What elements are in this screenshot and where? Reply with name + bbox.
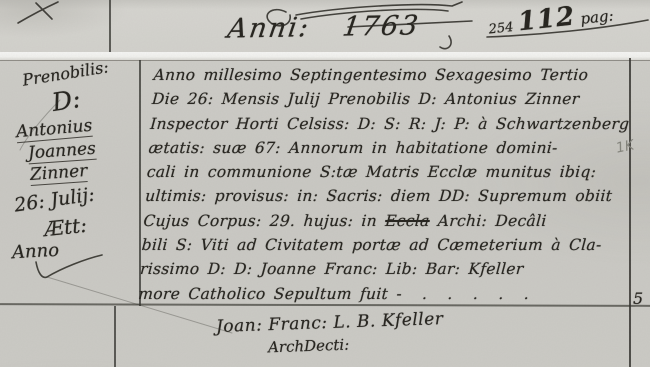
margin-anno: Anno xyxy=(11,240,59,263)
record-line-10: more Catholico Sepultum fuit - . . . . . xyxy=(138,282,626,306)
record-line-1: Anno millesimo Septingentesimo Sexagesim… xyxy=(153,63,641,87)
record-line-10-filler-dots: - . . . . . xyxy=(396,285,530,303)
manuscript-scan: Anni: 1763 254 112 pag: Prenobilis: D: A… xyxy=(0,0,650,367)
edge-numeral-mark: 5 xyxy=(633,289,643,308)
page-ref-label: pag: xyxy=(580,6,615,27)
column-rule-top-strip xyxy=(109,0,111,52)
burial-record-text: Anno millesimo Septingentesimo Sexagesim… xyxy=(138,63,641,306)
page-ref-number: 112 xyxy=(517,2,577,38)
record-line-6: ultimis: provisus: in: Sacris: diem DD: … xyxy=(144,184,632,208)
page-ref-old-number: 254 xyxy=(488,20,514,38)
record-line-5: cali in communione S:tæ Matris Ecclæ mun… xyxy=(146,160,634,184)
record-line-7-struck-word: Eccla xyxy=(385,212,431,230)
margin-surname: Zinner xyxy=(29,161,88,186)
record-line-10-text: more Catholico Sepultum fuit xyxy=(138,285,389,303)
year-heading: Anni: 1763 xyxy=(226,10,422,44)
priest-title: ArchDecti: xyxy=(268,336,350,357)
record-line-9: rissimo D: D: Joanne Franc: Lib: Bar: Kf… xyxy=(139,257,627,281)
record-line-8: bili S: Viti ad Civitatem portæ ad Cæmet… xyxy=(141,233,629,257)
record-line-7-pre: Cujus Corpus: 29. hujus: in xyxy=(143,212,386,230)
record-line-4: ætatis: suæ 67: Annorum in habitatione d… xyxy=(148,136,636,160)
record-line-2: Die 26: Mensis Julij Prenobilis D: Anton… xyxy=(151,87,639,111)
record-line-3: Inspector Horti Celsiss: D: S: R: J: P: … xyxy=(149,112,637,136)
record-line-7-post: Archi: Decâli xyxy=(429,212,547,230)
column-rule-signature xyxy=(114,306,116,367)
margin-age-abbrev: Ætt: xyxy=(43,213,88,241)
record-line-7: Cujus Corpus: 29. hujus: in Eccla Archi:… xyxy=(143,209,631,233)
margin-dominus-initial: D: xyxy=(50,84,83,117)
